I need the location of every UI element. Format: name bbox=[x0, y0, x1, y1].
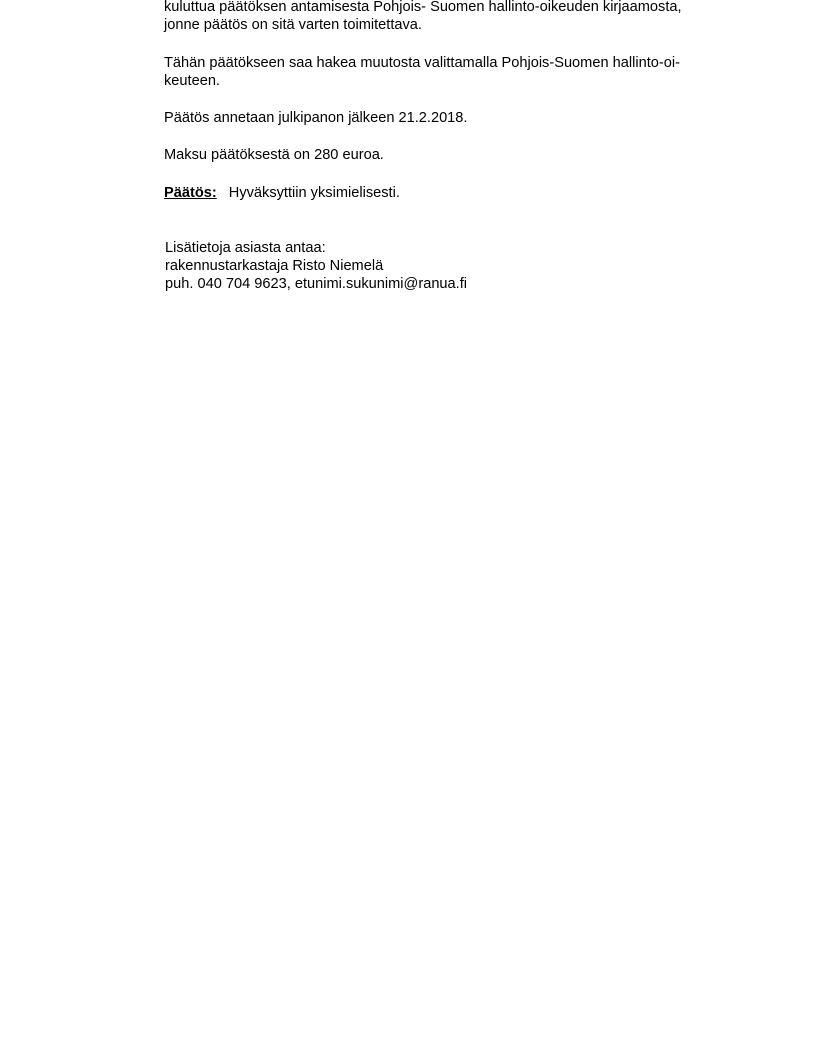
contact-info: Lisätietoja asiasta antaa: rakennustarka… bbox=[165, 239, 737, 293]
decision-text: Hyväksyttiin yksimielisesti. bbox=[229, 185, 400, 201]
text-line: keuteen. bbox=[164, 72, 736, 90]
text-line: kuluttua päätöksen antamisesta Pohjois- … bbox=[164, 0, 736, 16]
contact-person: rakennustarkastaja Risto Niemelä bbox=[165, 257, 737, 275]
appeal-instruction: Tähän päätökseen saa hakea muutosta vali… bbox=[164, 54, 736, 90]
decision-label: Päätös: bbox=[164, 185, 217, 201]
text-line: Tähän päätökseen saa hakea muutosta vali… bbox=[164, 54, 736, 72]
publication-note: Päätös annetaan julkipanon jälkeen 21.2.… bbox=[164, 109, 736, 127]
text-line: jonne päätös on sitä varten toimitettava… bbox=[164, 16, 736, 34]
appeal-paragraph: kuluttua päätöksen antamisesta Pohjois- … bbox=[164, 0, 736, 34]
contact-heading: Lisätietoja asiasta antaa: bbox=[165, 239, 737, 257]
document-page: kuluttua päätöksen antamisesta Pohjois- … bbox=[0, 0, 816, 1056]
contact-phone-email: puh. 040 704 9623, etunimi.sukunimi@ranu… bbox=[165, 275, 737, 293]
decision-statement: Päätös: Hyväksyttiin yksimielisesti. bbox=[164, 184, 736, 202]
fee-note: Maksu päätöksestä on 280 euroa. bbox=[164, 146, 736, 164]
